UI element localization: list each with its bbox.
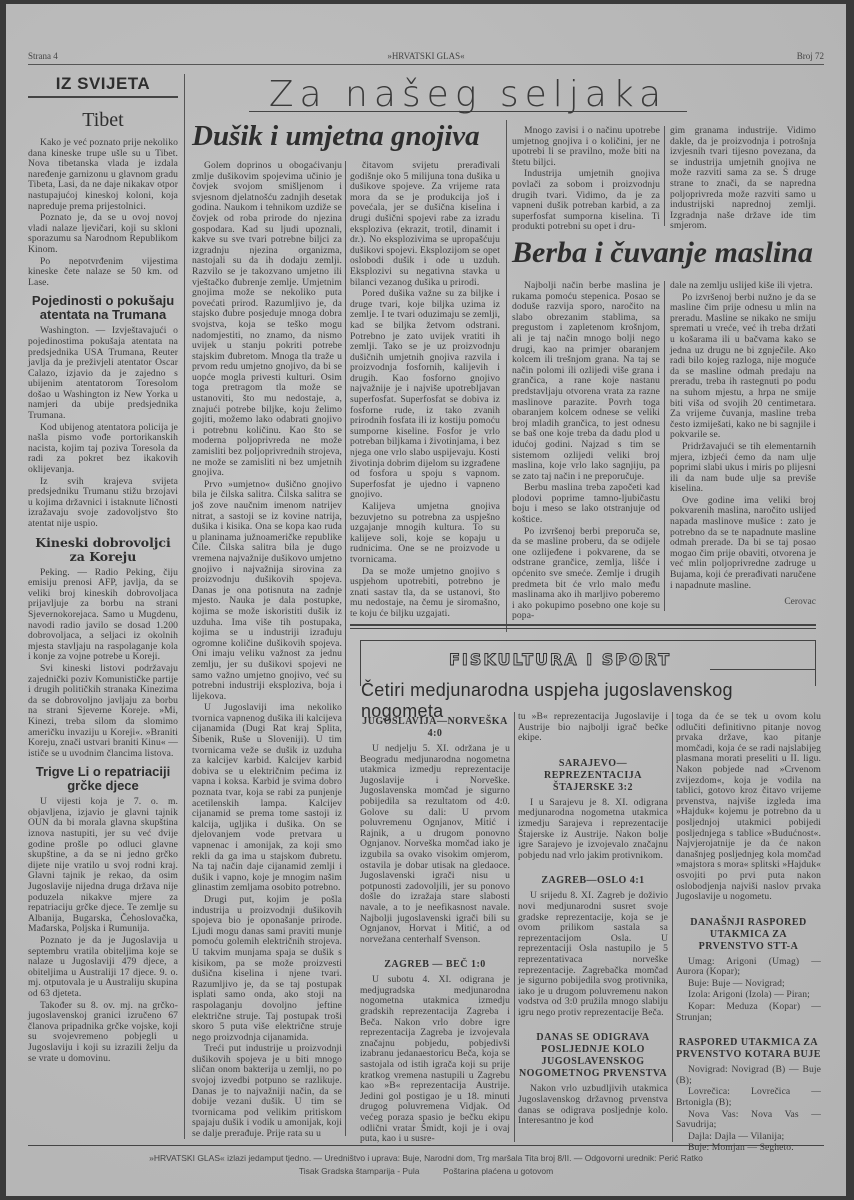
paragraph: Kako je već poznato prije nekoliko dana … [28, 138, 178, 212]
article-title: Trigve Li o repatriaciji grčke djece [28, 765, 178, 793]
paragraph: gim granama industrije. Vidimo dakle, da… [670, 126, 816, 232]
paragraph: Po nepotvrđenim vijestima kineske čete n… [28, 257, 178, 289]
fixture-line: Kopar: Meduza (Kopar) — Strunjan; [676, 1002, 821, 1023]
column-divider [664, 126, 665, 226]
article-greek-children: Trigve Li o repatriaciji grčke djece U v… [28, 765, 178, 1064]
impressum-line-1: »HRVATSKI GLAS« izlazi jedamput tjedno. … [28, 1152, 824, 1165]
nitrogen-col-3: Mnogo zavisi i o načinu upotrebe umjetno… [512, 126, 660, 234]
paragraph: Također su 8. ov. mj. na grčko-jugoslave… [28, 1001, 178, 1065]
paragraph: Ove godine ima veliki broj pokvarenih ma… [670, 496, 816, 591]
column-divider [184, 74, 185, 1139]
paragraph: Golem doprinos u obogaćivanju zmlje duši… [192, 161, 342, 479]
paragraph: Treći put industrije u proizvodnji dušik… [192, 1044, 342, 1139]
paragraph: Berbu maslina treba započeti kad plodovi… [512, 483, 660, 525]
paragraph: Kod ubijenog atentatora policija je našl… [28, 423, 178, 476]
paragraph: čitavom svijetu prerađivali godišnje oko… [350, 161, 500, 288]
paragraph: toga da će se tek u ovom kolu odlučiti d… [676, 712, 821, 903]
section-banner-farm: Za našeg seljaka [249, 78, 687, 112]
nitrogen-col-1: Golem doprinos u obogaćivanju zmlje duši… [192, 161, 342, 1141]
article-title: Kineski dobrovoljci za Koreju [28, 536, 178, 564]
olives-col-1: Najbolji način berbe maslina je rukama p… [512, 281, 660, 623]
world-news-column: IZ SVIJETA Tibet Kako je već poznato pri… [28, 74, 178, 1065]
paragraph: Mnogo zavisi i o načinu upotrebe umjetno… [512, 126, 660, 168]
column-divider [672, 712, 673, 1142]
impressum: »HRVATSKI GLAS« izlazi jedamput tjedno. … [28, 1145, 824, 1178]
schedule-subhead: DANAŠNJI RASPORED UTAKMICA ZA PRVENSTVO … [676, 917, 821, 953]
paragraph: Pridržavajući se tih elementarnih mjera,… [670, 442, 816, 495]
section-label-world: IZ SVIJETA [28, 74, 178, 98]
fixture-line: Nova Vas: Nova Vas — Savudrija; [676, 1110, 821, 1131]
olives-col-2: dale na zemlju uslijed kiše ili vjetra. … [670, 281, 816, 607]
paragraph: Drugi put, kojim je pošla industrija u p… [192, 895, 342, 1043]
issue-number: Broj 72 [797, 51, 824, 61]
fixture-line: Dajla: Dajla — Vilanija; [676, 1132, 821, 1143]
match-subhead: ZAGREB — BEČ 1:0 [360, 959, 510, 971]
match-subhead: ZAGREB—OSLO 4:1 [518, 875, 668, 887]
article-korea: Kineski dobrovoljci za Koreju Peking. — … [28, 536, 178, 760]
paragraph: Prvo »umjetno« dušično gnojivo bila je č… [192, 480, 342, 702]
paragraph: Pored dušika važne su za biljke i druge … [350, 289, 500, 501]
paragraph: dale na zemlju uslijed kiše ili vjetra. [670, 281, 816, 292]
paragraph: U subotu 4. XI. odigrana je medjugradska… [360, 975, 510, 1145]
article-truman: Pojedinosti o pokušaju atentata na Truma… [28, 294, 178, 529]
paragraph: tu »B« reprezentacija Jugoslavije i Aust… [518, 712, 668, 744]
paragraph: Peking. — Radio Peking, čiju emisiju pre… [28, 568, 178, 663]
article-title: Pojedinosti o pokušaju atentata na Truma… [28, 294, 178, 322]
fixture-line: Izola: Arigoni (Izola) — Piran; [676, 990, 821, 1001]
section-divider [350, 628, 816, 629]
newspaper-page: Strana 4 »HRVATSKI GLAS« Broj 72 IZ SVIJ… [6, 4, 846, 1196]
paragraph: Svi kineski listovi podržavaju zajedničk… [28, 664, 178, 759]
paragraph: Industrija umjetnih gnojiva povlači za s… [512, 169, 660, 233]
paragraph: Poznato je, da se u ovoj novoj vladi nal… [28, 213, 178, 255]
nitrogen-col-2: čitavom svijetu prerađivali godišnje oko… [350, 161, 500, 621]
impressum-line-2: Tisak Gradska štamparija - Pula Poštarin… [28, 1165, 824, 1178]
paragraph: I u Sarajevu je 8. XI. odigrana medjunar… [518, 798, 668, 862]
match-subhead: JUGOSLAVIJA—NORVEŠKA 4:0 [360, 716, 510, 740]
schedule-subhead: RASPORED UTAKMICA ZA PRVENSTVO KOTARA BU… [676, 1037, 821, 1061]
paragraph: Poznato je da je Jugoslavija u septembru… [28, 936, 178, 1000]
article-title-nitrogen: Dušik i umjetna gnojiva [192, 120, 502, 153]
paragraph: Po izvršenoj berbi preporuča se, da se m… [512, 527, 660, 622]
paragraph: Iz svih krajeva svijeta predsjedniku Tru… [28, 477, 178, 530]
fixture-line: Buje: Buje — Novigrad; [676, 979, 821, 990]
paragraph: U Jugoslaviji ima nekoliko tvornica vapn… [192, 703, 342, 894]
paragraph: Po izvršenoj berbi nužno je da se maslin… [670, 293, 816, 441]
column-divider [506, 120, 507, 632]
paragraph: Da se može umjetno gnojivo s uspjehom up… [350, 567, 500, 620]
paragraph: U nedjelju 5. XI. održana je u Beogradu … [360, 744, 510, 945]
sport-col-3: toga da će se tek u ovom kolu odlučiti d… [676, 712, 821, 1155]
nitrogen-col-4: gim granama industrije. Vidimo dakle, da… [670, 126, 816, 233]
match-subhead: SARAJEVO—REPREZENTACIJA ŠTAJERSKE 3:2 [518, 758, 668, 794]
section-label-sport: FISKULTURA I SPORT [449, 650, 671, 669]
article-tibet: Tibet Kako je već poznato prije nekoliko… [28, 108, 178, 288]
paragraph: U srijedu 8. XI. Zagreb je doživio novi … [518, 891, 668, 1018]
fixture-line: Lovrečica: Lovrečica — Brtonigla (B); [676, 1087, 821, 1108]
article-title-olives: Berba i čuvanje maslina [512, 236, 816, 270]
section-divider [350, 624, 816, 626]
match-subhead: DANAS SE ODIGRAVA POSLJEDNJE KOLO JUGOSL… [518, 1032, 668, 1080]
sport-col-1: JUGOSLAVIJA—NORVEŠKA 4:0 U nedjelju 5. X… [360, 712, 510, 1146]
fixture-line: Novigrad: Novigrad (B) — Buje (B); [676, 1065, 821, 1086]
paragraph: U vijesti koja je 7. o. m. objavljena, i… [28, 797, 178, 935]
author-signature: Cerovac [670, 597, 816, 607]
column-divider [514, 712, 515, 1142]
running-head: Strana 4 »HRVATSKI GLAS« Broj 72 [28, 51, 824, 65]
masthead: »HRVATSKI GLAS« [28, 51, 824, 61]
fixture-line: Umag: Arigoni (Umag) — Aurora (Kopar); [676, 957, 821, 978]
column-divider [664, 281, 665, 611]
paragraph: Washington. — Izvještavajući o pojedinos… [28, 326, 178, 421]
paragraph: Najbolji način berbe maslina je rukama p… [512, 281, 660, 482]
column-divider [345, 161, 346, 1136]
paragraph: Kalijeva umjetna gnojiva bezuvjetno su p… [350, 502, 500, 566]
sport-col-2: tu »B« reprezentacija Jugoslavije i Aust… [518, 712, 668, 1128]
decorative-rule [710, 669, 816, 670]
article-title: Tibet [28, 108, 178, 132]
paragraph: Nakon vrlo uzbudljivih utakmica Jugoslav… [518, 1084, 668, 1126]
